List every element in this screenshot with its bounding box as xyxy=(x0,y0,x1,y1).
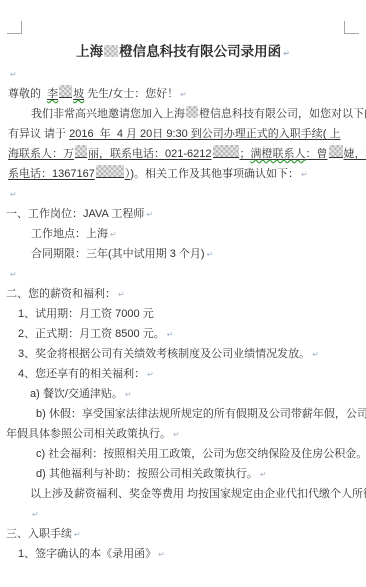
paragraph-mark-icon xyxy=(123,384,132,404)
salary-item-formal: 2、正式期：月工资 8500 元。 xyxy=(0,324,366,344)
paragraph-mark-icon xyxy=(30,504,39,524)
benefit-item-text: c) 社会福利：按照相关用工政策，公司为您交纳保险及住房公积金。 xyxy=(36,448,366,460)
section3-heading-text: 三、入职手续 xyxy=(6,528,72,540)
paragraph-mark-icon xyxy=(165,324,174,344)
page-corner-mark-top-left xyxy=(7,21,22,34)
paragraph-mark-icon xyxy=(8,264,17,284)
benefit-item-text: b) 休假：享受国家法律法规所规定的所有假期及公司带薪年假，公司带薪 xyxy=(36,408,366,420)
benefit-item-c: c) 社会福利：按照相关用工政策，公司为您交纳保险及住房公积金。 xyxy=(0,444,366,464)
title-text-post: 橙信息科技有限公司录用函 xyxy=(119,44,281,59)
redaction-blur xyxy=(75,145,87,158)
document-title: 上海橙信息科技有限公司录用函 xyxy=(0,40,366,64)
benefit-item-b-line1: b) 休假：享受国家法律法规所规定的所有假期及公司带薪年假，公司带薪 xyxy=(0,404,366,424)
paragraph-mark-icon xyxy=(144,204,153,224)
benefit-item-text: 年假具体参照公司相关政策执行。 xyxy=(6,428,171,440)
paragraph-mark-icon xyxy=(8,184,17,204)
document-page: 上海橙信息科技有限公司录用函 尊敬的 李坡 先生/女士：您好！ 我们非常高兴地邀… xyxy=(0,0,366,587)
section2-heading: 二、您的薪资和福利： xyxy=(0,284,366,304)
benefit-item-b-line2: 年假具体参照公司相关政策执行。 xyxy=(0,424,366,444)
contact-phone: 丽，联系电话：021-6212 xyxy=(88,148,212,160)
section1-location: 工作地点：上海 xyxy=(0,224,366,244)
paragraph-mark-icon xyxy=(171,424,180,444)
company-contact-label: 满橙联系人 xyxy=(251,148,306,160)
onboarding-item-1: 1、签字确认的本《录用函》 xyxy=(0,544,366,564)
paragraph-mark-icon xyxy=(299,164,308,184)
benefit-item-a: a) 餐饮/交通津贴。 xyxy=(0,384,366,404)
intro-line-4: 系电话：1367167）)。相关工作及其他事项确认如下： xyxy=(0,164,366,184)
salary-item-text: 2、正式期：月工资 8500 元。 xyxy=(18,328,165,340)
empty-paragraph xyxy=(0,184,366,204)
tax-note-text: 以上涉及薪资福利、奖金等费用 均按国家规定由企业代扣代缴个人所得税。 xyxy=(30,488,366,500)
salutation-label: 尊敬的 xyxy=(8,88,47,100)
section2-heading-text: 二、您的薪资和福利： xyxy=(6,288,116,300)
recipient-name-underline: 李坡 xyxy=(47,88,84,100)
contact-blank-underline: 海联系人：万丽，联系电话：021-6212；满橙联系人：曾婕，联 xyxy=(8,148,366,160)
intro-line-2: 有异议 请于 2016 年 4 月 20日 9:30 到公司办理正式的入职手续(… xyxy=(0,124,366,144)
redaction-blur xyxy=(329,145,343,158)
salary-item-text: 4、您还享有的相关福利： xyxy=(18,368,145,380)
salary-item-bonus: 3、奖金将根据公司有关绩效考核制度及公司业绩情况发放。 xyxy=(0,344,366,364)
redaction-blur xyxy=(186,106,198,118)
empty-paragraph xyxy=(0,64,366,84)
benefit-item-text: d) 其他福利与补助：按照公司相关政策执行。 xyxy=(36,468,258,480)
page-corner-mark-top-right xyxy=(344,21,359,34)
intro-text: 有异议 请于 xyxy=(8,128,69,140)
paragraph-mark-icon xyxy=(108,224,117,244)
intro-line-3: 海联系人：万丽，联系电话：021-6212；满橙联系人：曾婕，联 xyxy=(0,144,366,164)
intro-text: 我们非常高兴地邀请您加入上海 xyxy=(31,108,185,120)
salutation-line: 尊敬的 李坡 先生/女士：您好！ xyxy=(0,84,366,104)
phone-blank-underline: 系电话：1367167） xyxy=(8,168,130,180)
intro-line-1: 我们非常高兴地邀请您加入上海橙信息科技有限公司，如您对以下内容没 xyxy=(0,104,366,124)
redaction-blur xyxy=(96,165,124,178)
section1-term: 合同期限：三年(其中试用期 3 个月) xyxy=(0,244,366,264)
salutation-suffix: 先生/女士：您好！ xyxy=(84,88,178,100)
paragraph-mark-icon xyxy=(156,544,165,564)
section1-heading-text: 一、工作岗位：JAVA 工程师 xyxy=(6,208,144,220)
section1-location-text: 工作地点：上海 xyxy=(31,228,108,240)
paragraph-mark-icon xyxy=(8,64,17,84)
salary-item-benefits: 4、您还享有的相关福利： xyxy=(0,364,366,384)
benefit-item-d: d) 其他福利与补助：按照公司相关政策执行。 xyxy=(0,464,366,484)
contact-text: ：曾 xyxy=(306,148,328,160)
salary-item-text: 3、奖金将根据公司有关绩效考核制度及公司业绩情况发放。 xyxy=(18,348,310,360)
paragraph-mark-icon xyxy=(145,364,154,384)
salary-item-text: 1、试用期：月工资 7000 元 xyxy=(18,308,154,320)
paragraph-mark-icon xyxy=(258,464,267,484)
intro-text: 橙信息科技有限公司，如您对以下内容没 xyxy=(199,108,366,120)
section1-term-text: 合同期限：三年(其中试用期 3 个月) xyxy=(31,248,205,260)
title-text-pre: 上海 xyxy=(76,44,103,59)
contact-text: ； xyxy=(240,148,251,160)
date-blank-underline: 2016 年 4 月 20日 9:30 到公司办理正式的入职手续( 上 xyxy=(69,128,340,140)
contact-text: 海联系人：万 xyxy=(8,148,74,160)
intro-text: )。相关工作及其他事项确认如下： xyxy=(130,168,299,180)
redaction-blur xyxy=(59,85,72,98)
paragraph-mark-icon xyxy=(72,524,81,544)
paragraph-mark-icon xyxy=(205,244,214,264)
empty-paragraph xyxy=(0,504,366,524)
tax-note: 以上涉及薪资福利、奖金等费用 均按国家规定由企业代扣代缴个人所得税。 xyxy=(0,484,366,504)
section1-heading: 一、工作岗位：JAVA 工程师 xyxy=(0,204,366,224)
paragraph-mark-icon xyxy=(310,344,319,364)
redaction-blur xyxy=(104,45,118,57)
redaction-blur xyxy=(213,145,239,158)
recipient-given-name: 坡 xyxy=(73,88,84,100)
paragraph-mark-icon xyxy=(281,40,290,64)
contact-text: 婕，联 xyxy=(344,148,366,160)
salary-item-probation: 1、试用期：月工资 7000 元 xyxy=(0,304,366,324)
recipient-name: 李坡 xyxy=(47,88,84,100)
section3-heading: 三、入职手续 xyxy=(0,524,366,544)
paragraph-mark-icon xyxy=(116,284,125,304)
onboarding-item-text: 1、签字确认的本《录用函》 xyxy=(18,548,156,560)
recipient-surname: 李 xyxy=(47,88,58,100)
paragraph-mark-icon xyxy=(178,84,187,104)
empty-paragraph xyxy=(0,264,366,284)
contact-phone: 系电话：1367167 xyxy=(8,168,95,180)
benefit-item-text: a) 餐饮/交通津贴。 xyxy=(30,388,123,400)
